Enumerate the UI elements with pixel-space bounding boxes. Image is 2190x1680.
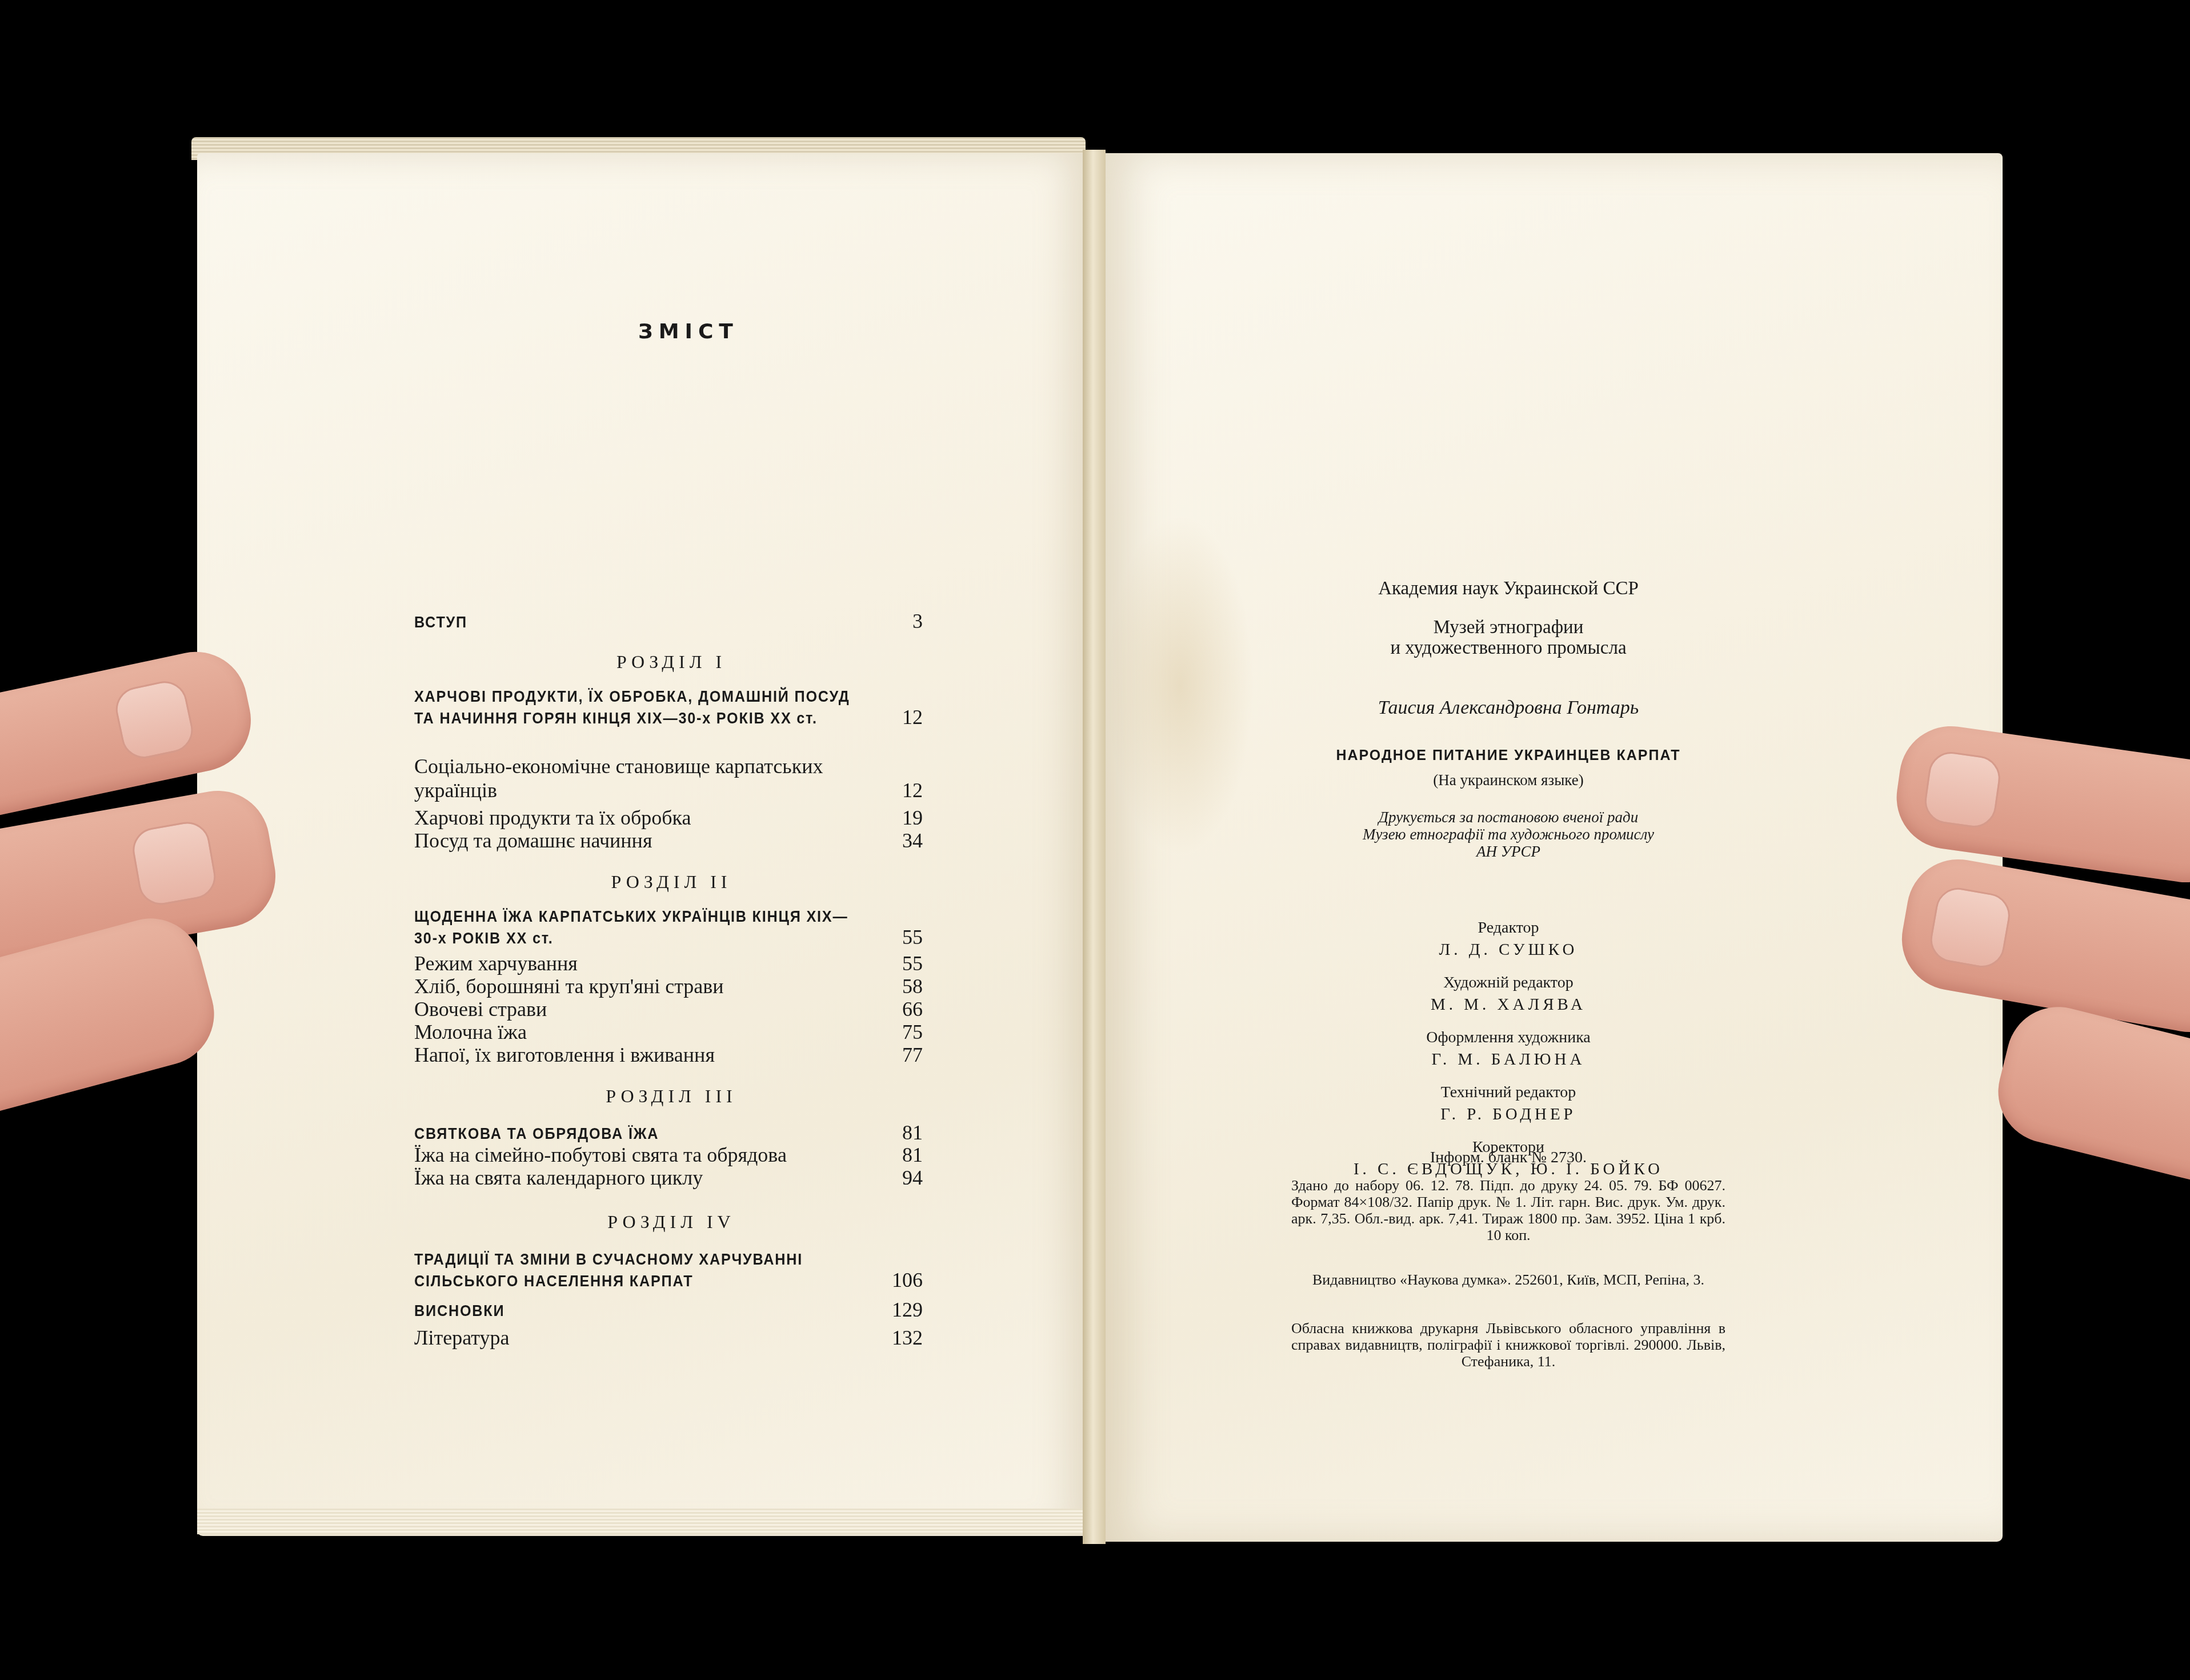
section-heading: РОЗДІЛ IV [414, 1211, 928, 1233]
toc-entry-label: ВСТУП [414, 611, 856, 633]
toc-page-number: 106 [892, 1268, 923, 1292]
toc-page-number: 66 [902, 997, 923, 1021]
fingernail [1922, 749, 2003, 830]
toc-entry-label: Соціально-економічне становище карпатськ… [414, 754, 866, 802]
table-of-contents: ЗМІСТ ВСТУП3РОЗДІЛ IХАРЧОВІ ПРОДУКТИ, ЇХ… [414, 320, 928, 343]
toc-entry: ХАРЧОВІ ПРОДУКТИ, ЇХ ОБРОБКА, ДОМАШНІЙ П… [414, 686, 928, 729]
author-name: Таисия Александровна Гонтарь [1286, 697, 1731, 719]
credit-role: Художній редактор [1286, 969, 1731, 997]
academy-name: Академия наук Украинской ССР [1286, 577, 1731, 600]
publisher-info: Видавництво «Наукова думка». 252601, Киї… [1291, 1271, 1725, 1288]
toc-entry: Овочеві страви66 [414, 997, 928, 1021]
section-heading: РОЗДІЛ III [414, 1086, 928, 1107]
toc-entry: Режим харчування55 [414, 951, 928, 975]
toc-entry-label: ЩОДЕННА ЇЖА КАРПАТСЬКИХ УКРАЇНЦІВ КІНЦЯ … [414, 906, 856, 949]
fingernail [129, 818, 219, 909]
toc-entry: Молочна їжа75 [414, 1020, 928, 1044]
credit-role: Оформлення художника [1286, 1024, 1731, 1051]
language-note: (На украинском языке) [1286, 771, 1731, 789]
toc-entry: Посуд та домашнє начиння34 [414, 829, 928, 853]
toc-entry: Харчові продукти та їх обробка19 [414, 806, 928, 830]
fingernail [1927, 885, 2013, 971]
museum-name-line2: и художественного промысла [1286, 637, 1731, 659]
toc-page-number: 55 [902, 951, 923, 975]
page-stack-bottom-edge [197, 1509, 1083, 1534]
toc-page-number: 81 [902, 1143, 923, 1167]
toc-entry: Література132 [414, 1326, 928, 1350]
toc-page-number: 94 [902, 1166, 923, 1190]
section-heading: РОЗДІЛ I [414, 651, 928, 673]
toc-page-number: 75 [902, 1020, 923, 1044]
book-title: НАРОДНОЕ ПИТАНИЕ УКРАИНЦЕВ КАРПАТ [1286, 747, 1731, 764]
toc-entry: ВИСНОВКИ129 [414, 1297, 928, 1322]
toc-page-number: 132 [892, 1326, 923, 1350]
credit-name: Г. Р. БОДНЕР [1286, 1105, 1731, 1124]
toc-entry-label: Овочеві страви [414, 997, 866, 1021]
toc-entry: СВЯТКОВА ТА ОБРЯДОВА ЇЖА81 [414, 1120, 928, 1145]
museum-name-line1: Музей этнографии [1286, 616, 1731, 639]
print-details: Здано до набору 06. 12. 78. Підп. до дру… [1291, 1177, 1725, 1243]
credit-role: Технічний редактор [1286, 1079, 1731, 1106]
toc-entry-label: Їжа на свята календарного циклу [414, 1166, 866, 1190]
toc-entry-label: Режим харчування [414, 951, 866, 975]
print-approval-line3: АН УРСР [1286, 843, 1731, 860]
credit-name: Л. Д. СУШКО [1286, 941, 1731, 959]
toc-page-number: 19 [902, 806, 923, 830]
toc-entry: ТРАДИЦІЇ ТА ЗМІНИ В СУЧАСНОМУ ХАРЧУВАННІ… [414, 1249, 928, 1292]
toc-entry-label: ХАРЧОВІ ПРОДУКТИ, ЇХ ОБРОБКА, ДОМАШНІЙ П… [414, 686, 856, 729]
print-approval-line1: Друкується за постановою вченої ради [1286, 809, 1731, 826]
toc-entry: Хліб, борошняні та круп'яні страви58 [414, 974, 928, 998]
info-blank: Інформ. бланк № 2730. [1286, 1149, 1731, 1167]
fingernail [111, 677, 197, 762]
paper-stain [1106, 514, 1254, 857]
toc-entry-label: ВИСНОВКИ [414, 1300, 856, 1322]
toc-page-number: 81 [902, 1121, 923, 1145]
toc-page-number: 34 [902, 829, 923, 853]
toc-entry-label: Посуд та домашнє начиння [414, 829, 866, 853]
section-heading: РОЗДІЛ II [414, 871, 928, 893]
toc-entry: Їжа на сімейно-побутові свята та обрядов… [414, 1143, 928, 1167]
toc-entry: Соціально-економічне становище карпатськ… [414, 754, 928, 802]
toc-entry-label: Література [414, 1326, 866, 1350]
toc-entry-label: Молочна їжа [414, 1020, 866, 1044]
toc-entry-label: СВЯТКОВА ТА ОБРЯДОВА ЇЖА [414, 1123, 856, 1145]
toc-entry-label: ТРАДИЦІЇ ТА ЗМІНИ В СУЧАСНОМУ ХАРЧУВАННІ… [414, 1249, 856, 1292]
toc-entry-label: Напої, їх виготовлення і вживання [414, 1043, 866, 1067]
toc-entry: ЩОДЕННА ЇЖА КАРПАТСЬКИХ УКРАЇНЦІВ КІНЦЯ … [414, 906, 928, 949]
toc-entry: Їжа на свята календарного циклу94 [414, 1166, 928, 1190]
credit-name: М. М. ХАЛЯВА [1286, 995, 1731, 1014]
toc-entry-label: Харчові продукти та їх обробка [414, 806, 866, 830]
print-approval-line2: Музею етнографії та художнього промислу [1286, 826, 1731, 843]
toc-entry-label: Їжа на сімейно-побутові свята та обрядов… [414, 1143, 866, 1167]
book-gutter [1083, 150, 1106, 1544]
toc-entry: Напої, їх виготовлення і вживання77 [414, 1043, 928, 1067]
toc-page-number: 55 [902, 925, 923, 949]
toc-page-number: 77 [902, 1043, 923, 1067]
credit-role: Редактор [1286, 914, 1731, 942]
toc-page-number: 3 [912, 609, 923, 633]
toc-page-number: 58 [902, 974, 923, 998]
printer-info: Обласна книжкова друкарня Львівського об… [1291, 1320, 1725, 1370]
toc-page-number: 12 [902, 705, 923, 729]
toc-page-number: 12 [902, 778, 923, 802]
toc-entry: ВСТУП3 [414, 609, 928, 633]
toc-entry-label: Хліб, борошняні та круп'яні страви [414, 974, 866, 998]
toc-page-number: 129 [892, 1298, 923, 1322]
toc-title: ЗМІСТ [449, 320, 928, 343]
credit-name: Г. М. БАЛЮНА [1286, 1050, 1731, 1069]
